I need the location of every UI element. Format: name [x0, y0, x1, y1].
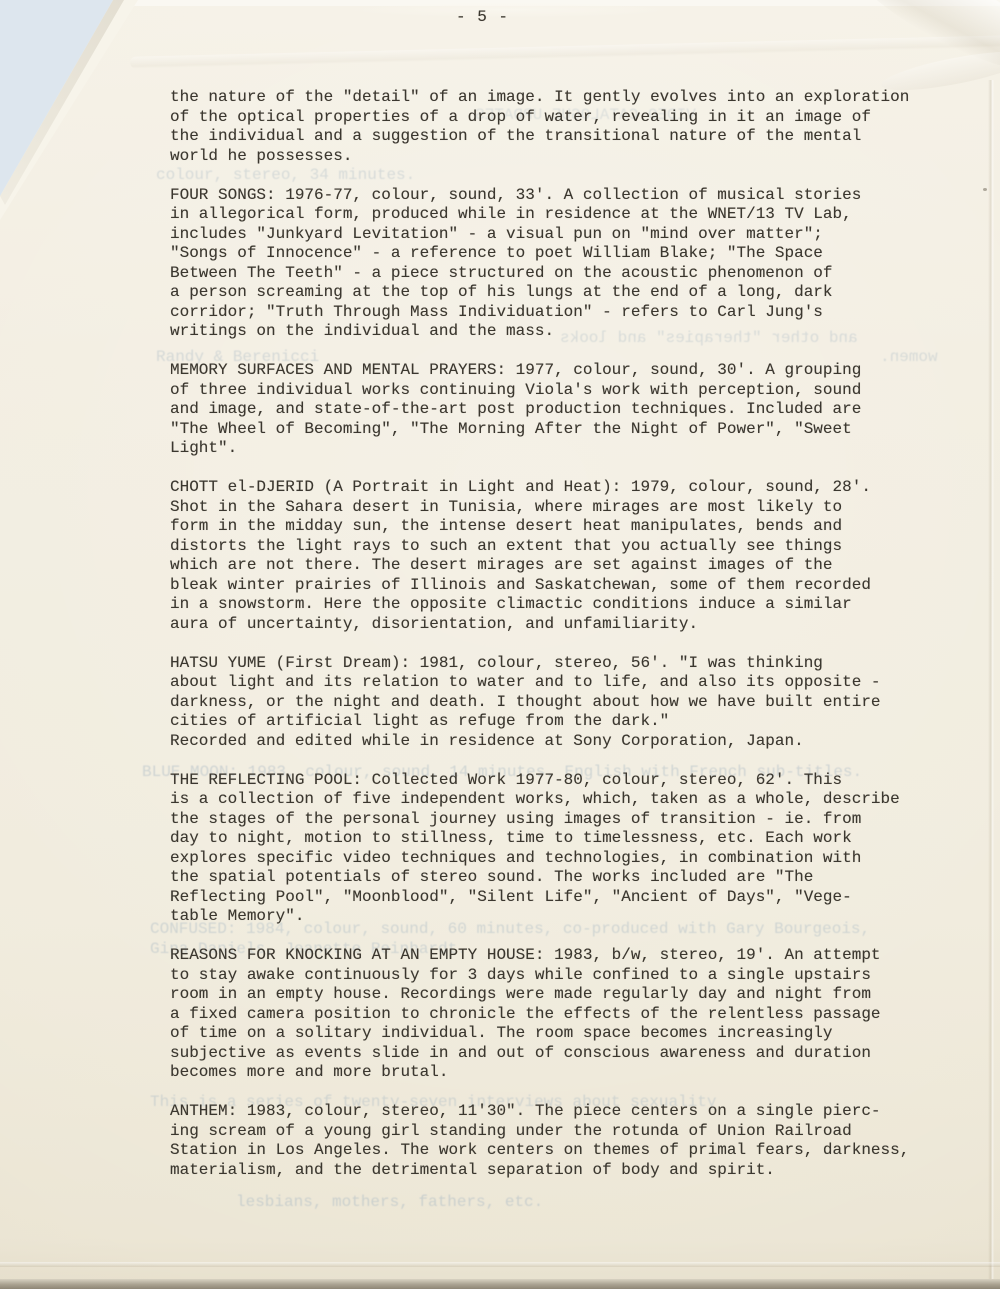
paragraph-memory-surfaces: MEMORY SURFACES AND MENTAL PRAYERS: 1977…	[170, 361, 960, 459]
paragraph-reflecting-pool: THE REFLECTING POOL: Collected Work 1977…	[170, 771, 960, 927]
paragraph-hatsu-yume: HATSU YUME (First Dream): 1981, colour, …	[170, 654, 960, 752]
scanned-page: VIDEO CATALOGUE UPDATES colour, stereo, …	[0, 0, 1000, 1289]
ink-speck	[983, 188, 987, 191]
right-edge-crease	[988, 80, 994, 1280]
paragraph-anthem: ANTHEM: 1983, colour, stereo, 11'30". Th…	[170, 1102, 960, 1180]
top-crease	[130, 35, 1000, 68]
paragraph-intro-continuation: the nature of the "detail" of an image. …	[170, 88, 960, 166]
paragraph-reasons-knocking: REASONS FOR KNOCKING AT AN EMPTY HOUSE: …	[170, 946, 960, 1083]
paragraph-four-songs: FOUR SONGS: 1976-77, colour, sound, 33'.…	[170, 186, 960, 342]
bottom-crease	[0, 1262, 1000, 1267]
bottom-page-edge	[0, 1279, 1000, 1289]
top-edge-highlight	[340, 2, 680, 18]
page-number: - 5 -	[456, 8, 509, 26]
paragraph-chott-el-djerid: CHOTT el-DJERID (A Portrait in Light and…	[170, 478, 960, 634]
document-body: the nature of the "detail" of an image. …	[170, 88, 960, 1200]
